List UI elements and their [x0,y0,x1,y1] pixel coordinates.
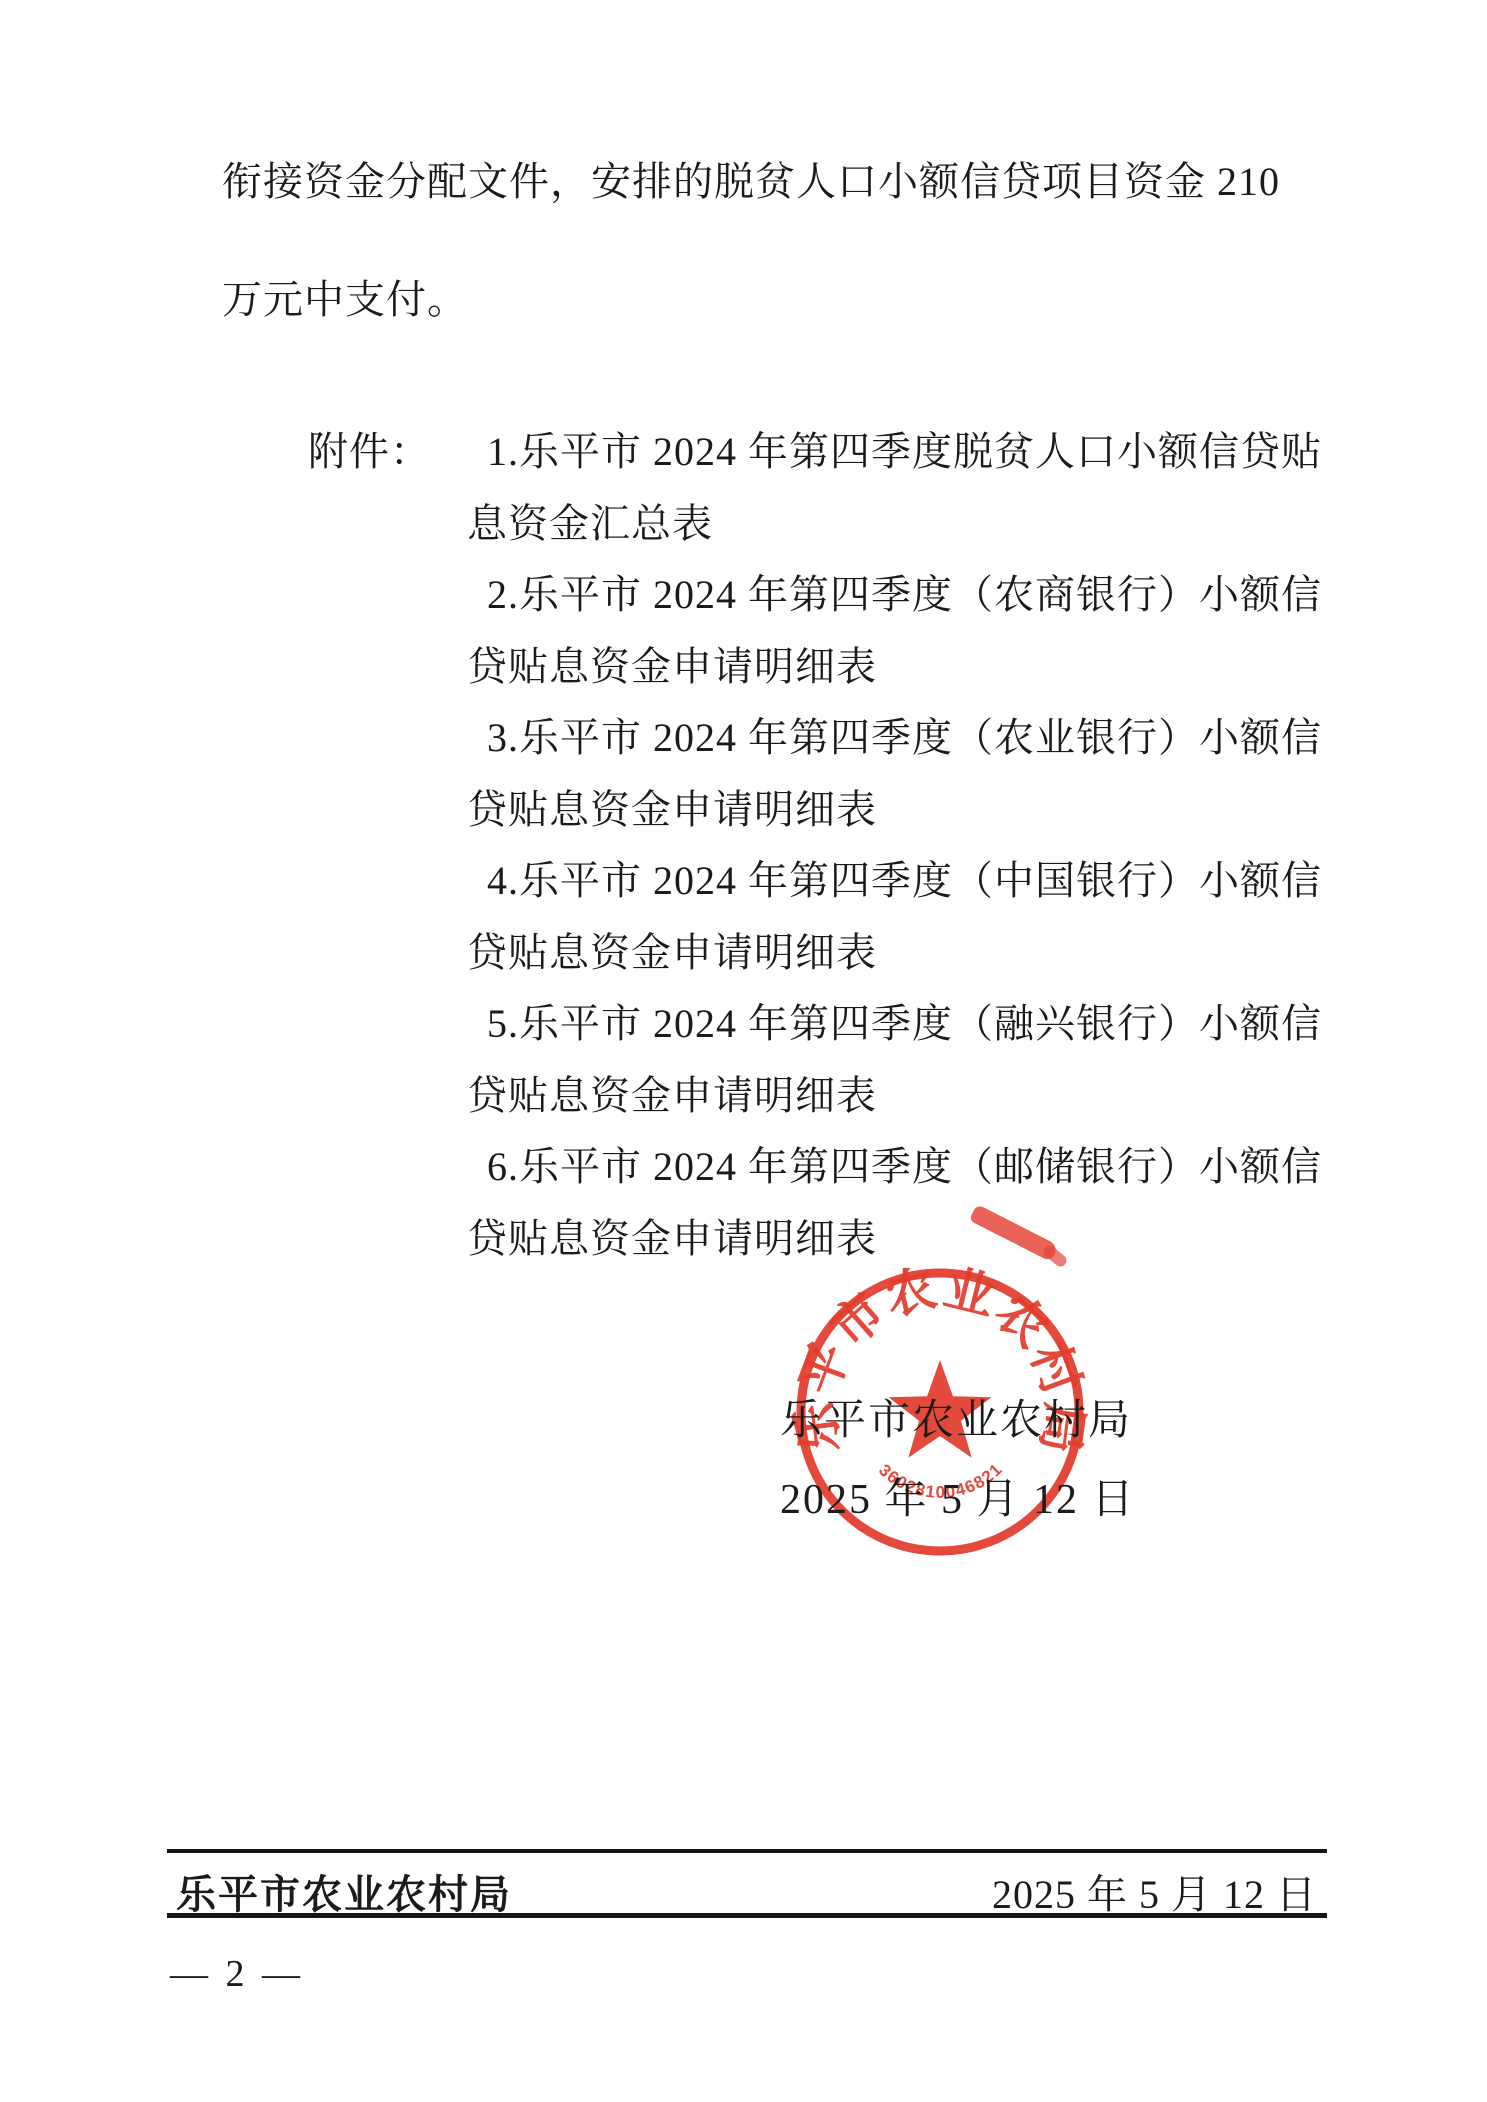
page-number: — 2 — [170,1952,304,1996]
body-paragraph-line-2: 万元中支付。 [222,268,468,325]
attachments-label: 附件： [308,420,431,477]
attachment-item-6-line-1: 6.乐平市 2024 年第四季度（邮储银行）小额信 [487,1135,1322,1192]
attachment-item-5-line-1: 5.乐平市 2024 年第四季度（融兴银行）小额信 [487,992,1322,1049]
footer-rule-top [167,1849,1327,1853]
attachment-item-number: 4. [487,858,519,903]
attachment-item-number: 5. [487,1001,519,1046]
attachment-item-title: 乐平市 2024 年第四季度脱贫人口小额信贷贴 [519,429,1322,474]
signature-agency: 乐平市农业农村局 [780,1387,1132,1447]
attachment-item-number: 6. [487,1144,519,1189]
attachment-item-title: 乐平市 2024 年第四季度（邮储银行）小额信 [519,1144,1322,1189]
footer-rule-bottom [167,1913,1327,1918]
attachment-item-number: 2. [487,572,519,617]
attachment-item-1-line-2: 息资金汇总表 [467,492,713,549]
footer-agency: 乐平市农业农村局 [176,1863,512,1920]
document-page: { "document": { "body_lines": [ "衔接资金分配文… [0,0,1487,2102]
attachment-item-title: 乐平市 2024 年第四季度（农商银行）小额信 [519,572,1322,617]
attachment-item-3-line-2: 贷贴息资金申请明细表 [467,778,877,835]
footer-date: 2025 年 5 月 12 日 [992,1863,1317,1920]
attachment-item-3-line-1: 3.乐平市 2024 年第四季度（农业银行）小额信 [487,706,1322,763]
body-paragraph-line-1: 衔接资金分配文件，安排的脱贫人口小额信贷项目资金 210 [222,150,1280,207]
attachment-item-4-line-2: 贷贴息资金申请明细表 [467,921,877,978]
attachment-item-5-line-2: 贷贴息资金申请明细表 [467,1064,877,1121]
attachment-item-title: 乐平市 2024 年第四季度（农业银行）小额信 [519,715,1322,760]
attachment-item-1-line-1: 1.乐平市 2024 年第四季度脱贫人口小额信贷贴 [487,420,1322,477]
attachment-item-title: 乐平市 2024 年第四季度（融兴银行）小额信 [519,1001,1322,1046]
attachment-item-6-line-2: 贷贴息资金申请明细表 [467,1207,877,1264]
attachment-item-4-line-1: 4.乐平市 2024 年第四季度（中国银行）小额信 [487,849,1322,906]
attachment-item-number: 3. [487,715,519,760]
attachment-item-title: 乐平市 2024 年第四季度（中国银行）小额信 [519,858,1322,903]
attachment-item-2-line-1: 2.乐平市 2024 年第四季度（农商银行）小额信 [487,563,1322,620]
attachment-item-number: 1. [487,429,519,474]
attachment-item-2-line-2: 贷贴息资金申请明细表 [467,635,877,692]
signature-date: 2025 年 5 月 12 日 [780,1466,1136,1526]
